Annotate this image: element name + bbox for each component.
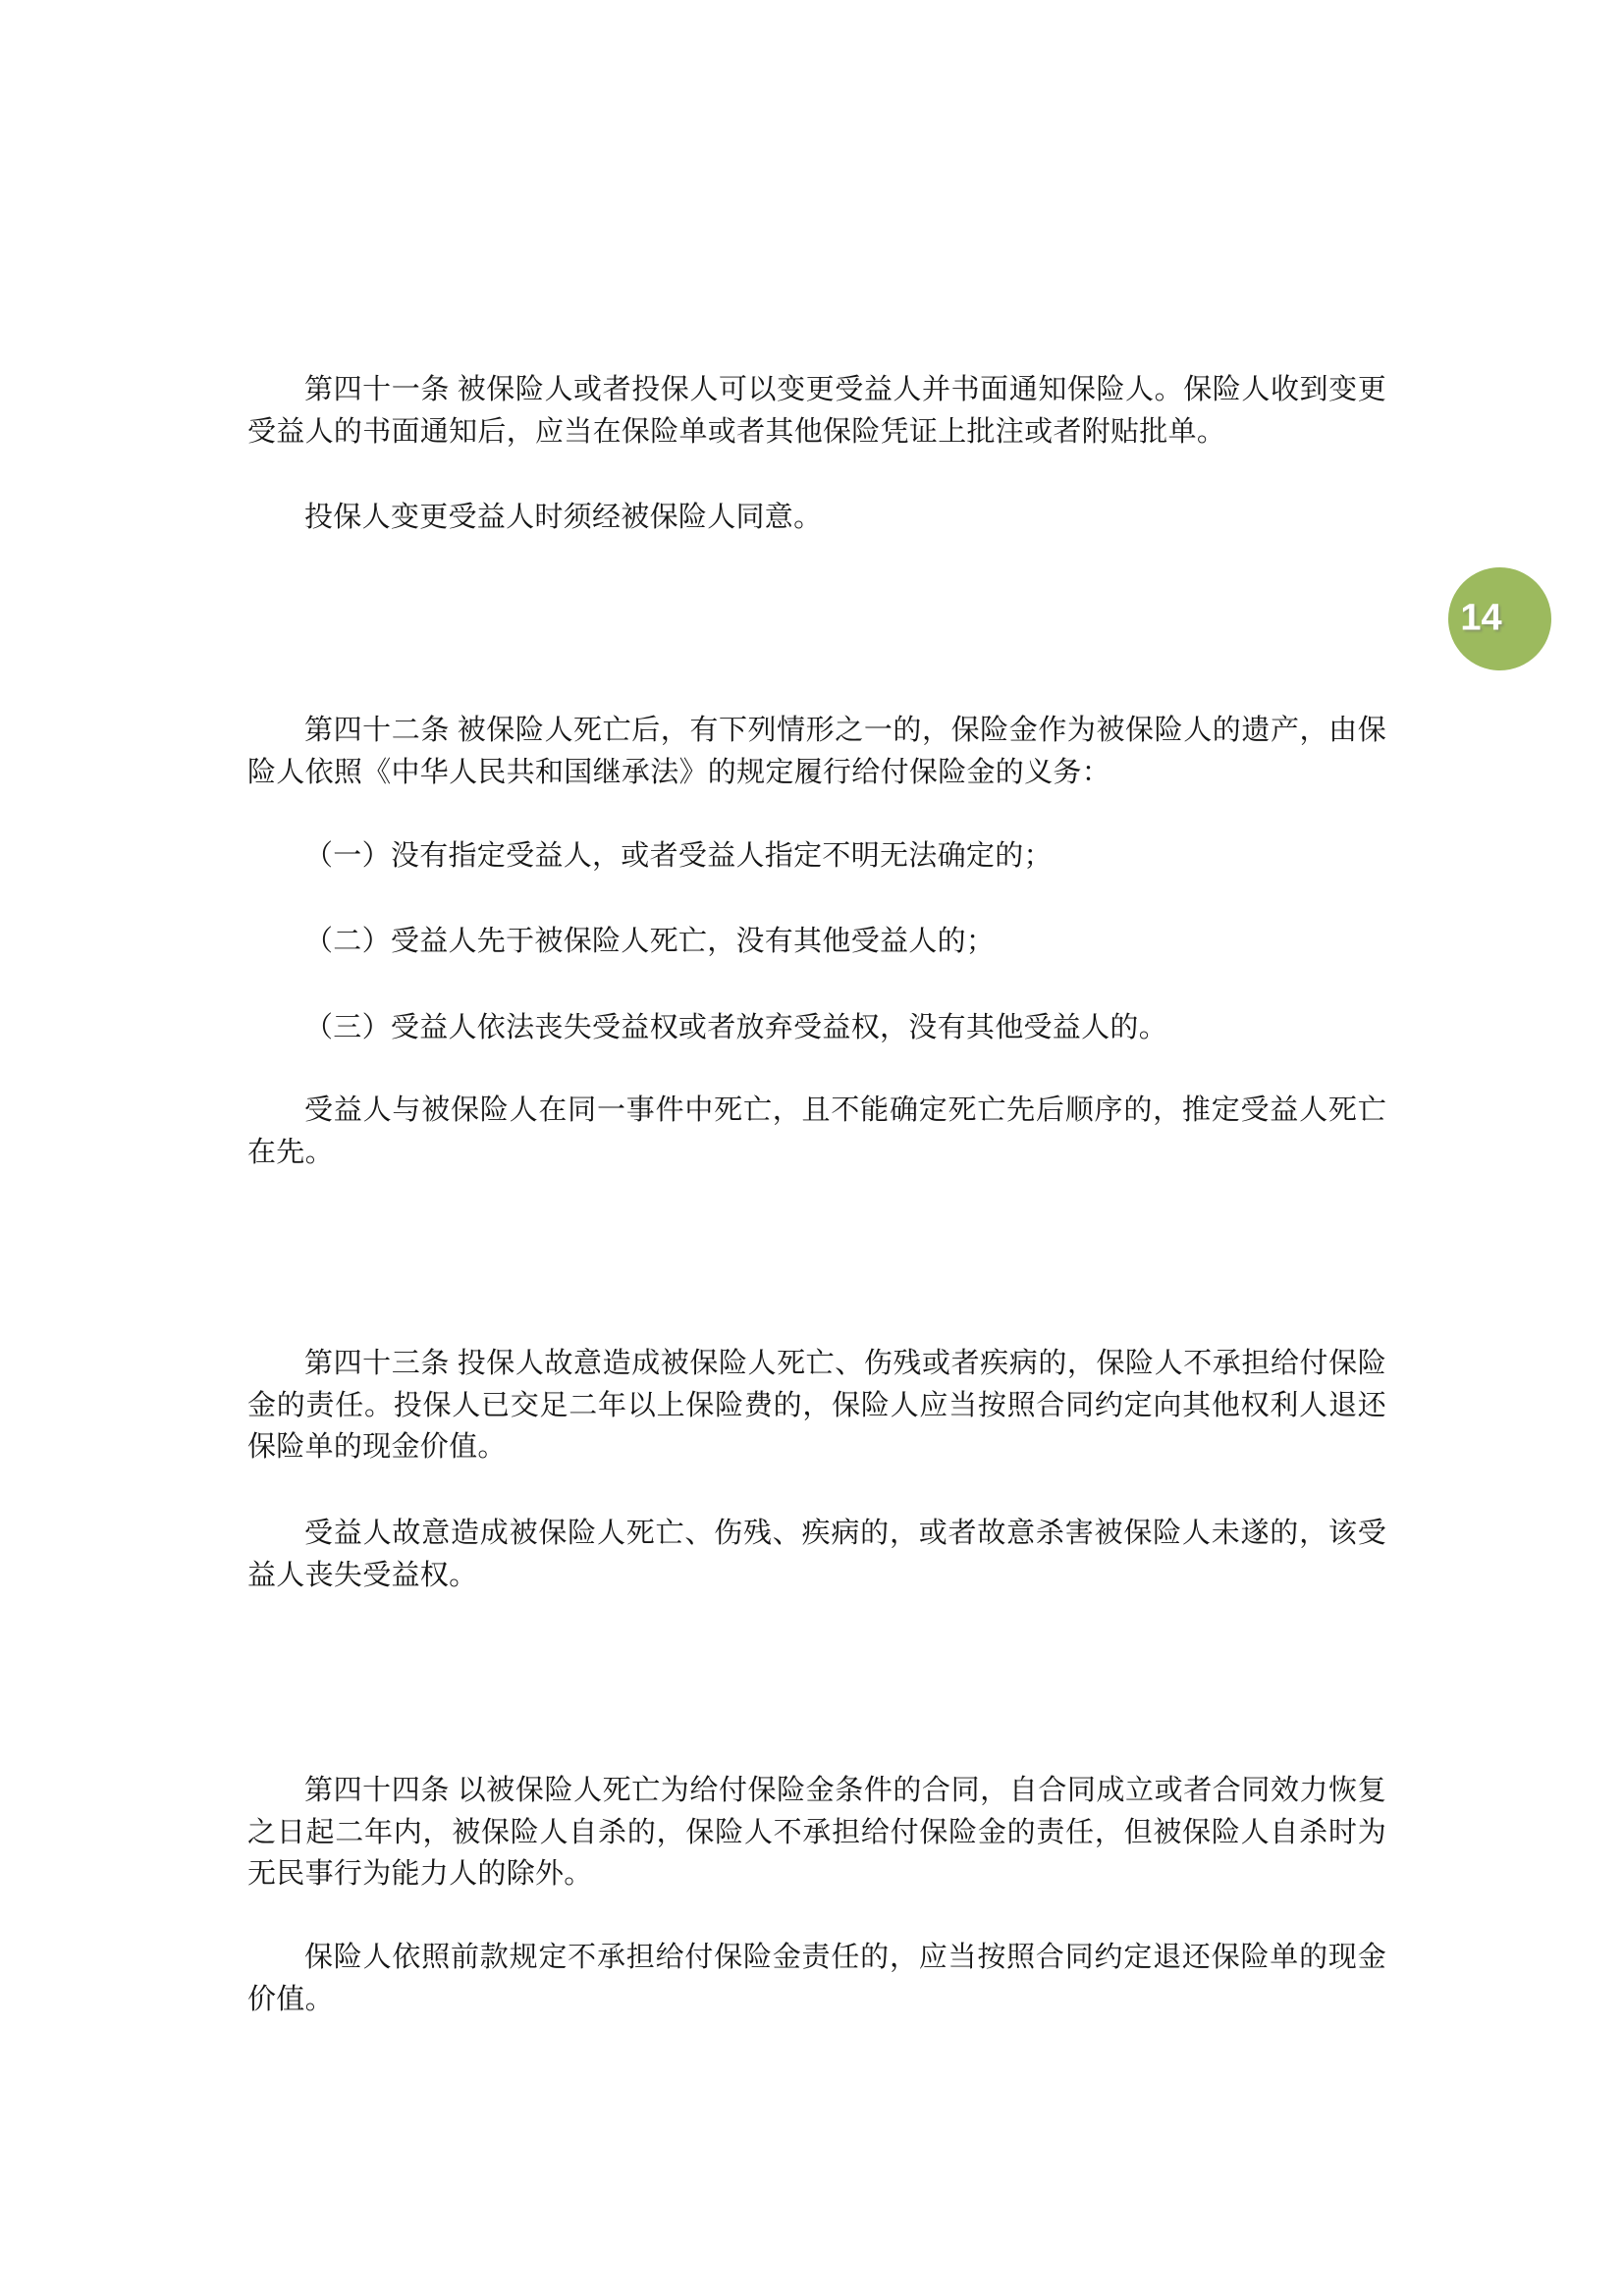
paragraph-article-42-item-1: （一）没有指定受益人，或者受益人指定不明无法确定的； <box>247 835 1386 878</box>
paragraph-article-41: 第四十一条 被保险人或者投保人可以变更受益人并书面通知保险人。保险人收到变更受益… <box>247 369 1386 453</box>
paragraph-article-44-refund: 保险人依照前款规定不承担给付保险金责任的，应当按照合同约定退还保险单的现金价值。 <box>247 1937 1386 2020</box>
paragraph-article-42-presumption: 受益人与被保险人在同一事件中死亡，且不能确定死亡先后顺序的，推定受益人死亡在先。 <box>247 1090 1386 1173</box>
paragraph-article-42-item-3: （三）受益人依法丧失受益权或者放弃受益权，没有其他受益人的。 <box>247 1007 1386 1049</box>
document-page: 第四十一条 被保险人或者投保人可以变更受益人并书面通知保险人。保险人收到变更受益… <box>0 0 1624 2296</box>
paragraph-article-42-item-2: （二）受益人先于被保险人死亡，没有其他受益人的； <box>247 921 1386 963</box>
paragraph-article-43: 第四十三条 投保人故意造成被保险人死亡、伤残或者疾病的，保险人不承担给付保险金的… <box>247 1343 1386 1468</box>
page-number-badge: 14 <box>1448 567 1551 670</box>
page-number: 14 <box>1460 597 1501 639</box>
paragraph-article-43-beneficiary: 受益人故意造成被保险人死亡、伤残、疾病的，或者故意杀害被保险人未遂的，该受益人丧… <box>247 1513 1386 1596</box>
paragraph-article-42: 第四十二条 被保险人死亡后，有下列情形之一的，保险金作为被保险人的遗产，由保险人… <box>247 710 1386 793</box>
paragraph-article-41-consent: 投保人变更受益人时须经被保险人同意。 <box>247 497 1386 539</box>
paragraph-article-44: 第四十四条 以被保险人死亡为给付保险金条件的合同，自合同成立或者合同效力恢复之日… <box>247 1770 1386 1896</box>
